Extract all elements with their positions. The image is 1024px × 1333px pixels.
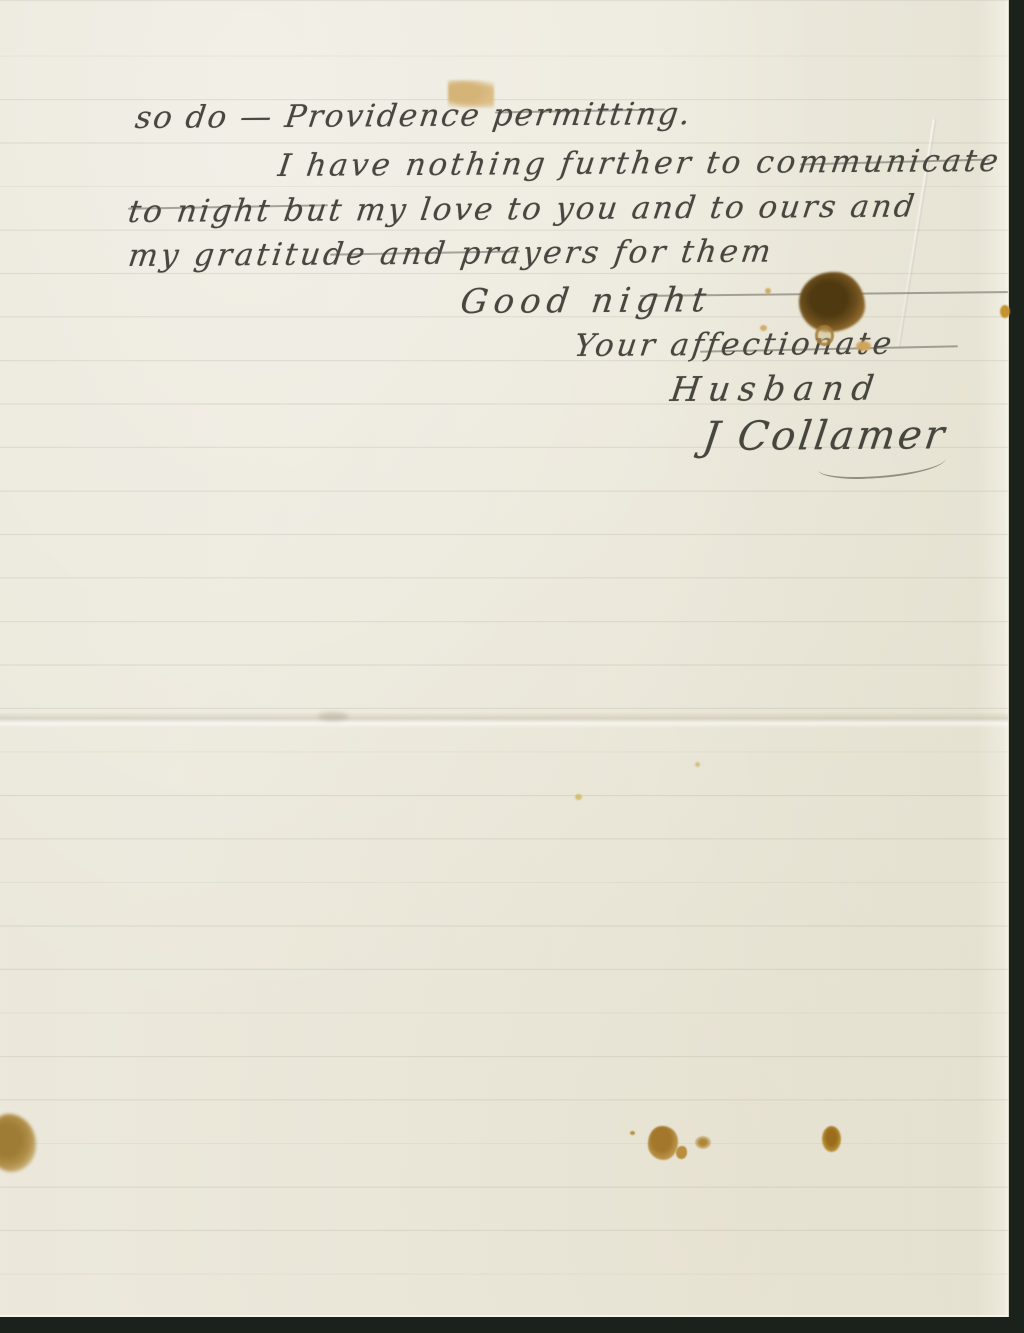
closing-good-night: Good night xyxy=(458,280,714,322)
handwritten-line-3: to night but my love to you and to ours … xyxy=(126,189,919,230)
letter-page: so do — Providence permitting. I have no… xyxy=(0,0,1009,1317)
handwritten-line-2: I have nothing further to communicate xyxy=(276,143,1003,184)
fold-smudge xyxy=(318,712,348,721)
closing-husband: Husband xyxy=(668,369,884,410)
handwritten-line-4: my gratitude and prayers for them xyxy=(126,234,776,274)
handwritten-line-1: so do — Providence permitting. xyxy=(133,96,694,136)
fold-crease xyxy=(0,712,1008,728)
closing-your-affectionate: Your affectionate xyxy=(572,326,897,364)
scanned-letter-image: so do — Providence permitting. I have no… xyxy=(0,0,1024,1333)
